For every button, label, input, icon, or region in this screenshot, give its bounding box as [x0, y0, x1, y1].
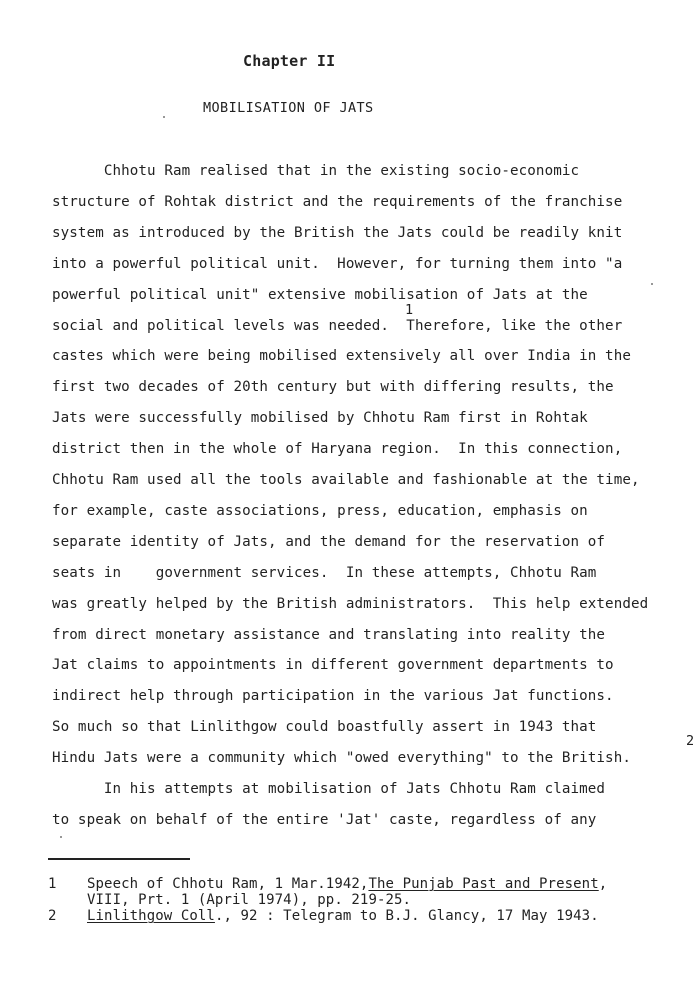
body-line: district then in the whole of Haryana re… — [52, 441, 622, 457]
footnote-2-number: 2 — [48, 908, 57, 924]
body-line: social and political levels was needed. … — [52, 318, 622, 334]
body-line: was greatly helped by the British admini… — [52, 596, 648, 612]
footnote-2-details: ., 92 : Telegram to B.J. Glancy, 17 May … — [215, 908, 599, 924]
scan-speck — [651, 283, 653, 285]
chapter-title: MOBILISATION OF JATS — [203, 100, 374, 116]
body-line: system as introduced by the British the … — [52, 225, 622, 241]
footnote-1-punct: , — [599, 876, 608, 892]
footnote-1-citation: Speech of Chhotu Ram, 1 Mar.1942, — [87, 876, 368, 892]
body-line: to speak on behalf of the entire 'Jat' c… — [52, 812, 596, 828]
body-line: Jats were successfully mobilised by Chho… — [52, 410, 588, 426]
footnote-1-journal-title: The Punjab Past and Present — [368, 876, 598, 892]
body-line: indirect help through participation in t… — [52, 688, 614, 704]
body-line: from direct monetary assistance and tran… — [52, 627, 605, 643]
footnote-ref-2: 2 — [686, 733, 694, 749]
footnote-1-line-2: VIII, Prt. 1 (April 1974), pp. 219-25. — [87, 892, 411, 908]
scan-speck — [163, 116, 165, 118]
footnote-2-text: Linlithgow Coll., 92 : Telegram to B.J. … — [87, 908, 599, 924]
footnote-separator — [48, 858, 190, 860]
body-line: Hindu Jats were a community which "owed … — [52, 750, 631, 766]
body-line: Chhotu Ram realised that in the existing… — [52, 163, 579, 179]
body-line: Jat claims to appointments in different … — [52, 657, 614, 673]
body-line: into a powerful political unit. However,… — [52, 256, 622, 272]
scan-speck — [60, 836, 62, 838]
body-line: castes which were being mobilised extens… — [52, 348, 631, 364]
footnote-1-number: 1 — [48, 876, 57, 892]
chapter-heading: Chapter II — [243, 52, 335, 70]
body-line: for example, caste associations, press, … — [52, 503, 588, 519]
footnote-1-line-1: Speech of Chhotu Ram, 1 Mar.1942,The Pun… — [87, 876, 607, 892]
body-line: first two decades of 20th century but wi… — [52, 379, 614, 395]
body-line: So much so that Linlithgow could boastfu… — [52, 719, 596, 735]
footnote-2-collection: Linlithgow Coll — [87, 908, 215, 924]
body-line: powerful political unit" extensive mobil… — [52, 287, 588, 303]
body-line: structure of Rohtak district and the req… — [52, 194, 622, 210]
body-line: Chhotu Ram used all the tools available … — [52, 472, 640, 488]
footnote-ref-1: 1 — [405, 302, 413, 318]
document-page: Chapter II MOBILISATION OF JATS Chhotu R… — [0, 0, 700, 992]
body-line: seats in government services. In these a… — [52, 565, 596, 581]
body-line: In his attempts at mobilisation of Jats … — [52, 781, 605, 797]
body-line: separate identity of Jats, and the deman… — [52, 534, 605, 550]
